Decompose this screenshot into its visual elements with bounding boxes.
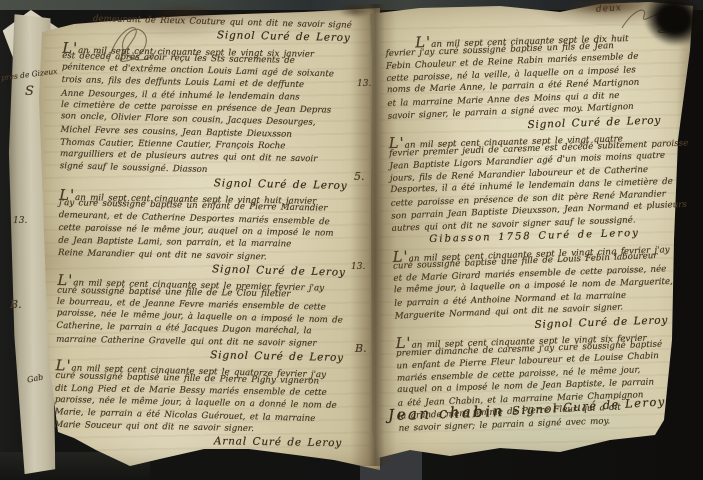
margin-note: 13. [357, 79, 371, 89]
scanned-manuscript: demeurant de Rieux Couture qui ont dit n… [0, 0, 703, 480]
ink-flourish-icon [618, 2, 688, 40]
margin-note: B. [10, 298, 22, 311]
margin-note: 5. [354, 170, 365, 183]
folio-word: deux [596, 3, 623, 15]
margin-note: 13. [13, 216, 27, 226]
margin-note: B. [355, 342, 367, 355]
right-page-text: L'an mil sept cent cinquante sept le dix… [385, 26, 684, 436]
margin-note: 13. [351, 262, 365, 272]
left-page-text: demeurant de Rieux Couture qui ont dit n… [54, 14, 363, 451]
ink-flourish-icon [100, 16, 162, 76]
margin-note: S [25, 84, 34, 99]
